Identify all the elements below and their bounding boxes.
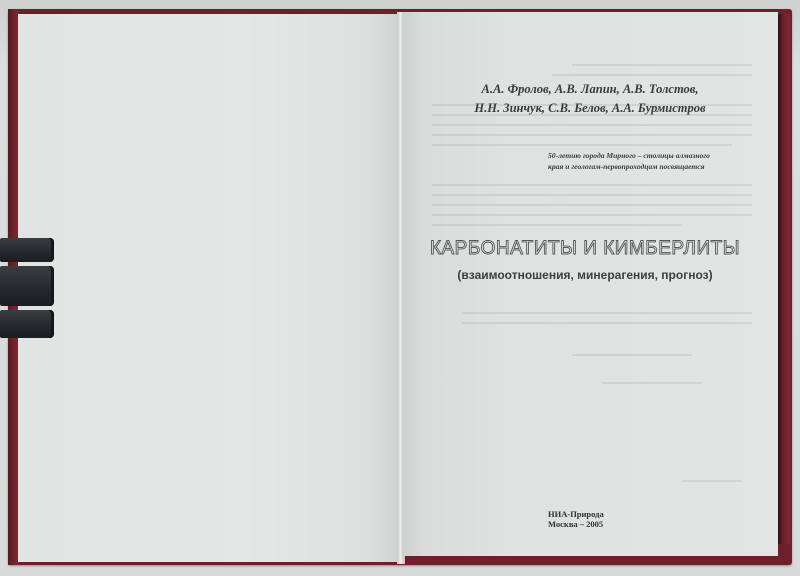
show-through-line (572, 354, 692, 356)
clip-plate (0, 310, 54, 338)
show-through-line (572, 64, 752, 66)
book-subtitle: (взаимоотношения, минерагения, прогноз) (420, 268, 750, 282)
show-through-line (432, 134, 752, 136)
show-through-line (432, 204, 752, 206)
clip-plate (0, 238, 54, 262)
show-through-line (432, 184, 752, 186)
cover-right-edge (778, 14, 790, 544)
publisher-block: НИА-Природа Москва – 2005 (548, 509, 628, 529)
authors-line-2: Н.Н. Зинчук, С.В. Белов, А.А. Бурмистров (420, 99, 760, 118)
dedication-line-2: края и геологам-первопроходцам посвящает… (548, 161, 752, 172)
show-through-line (432, 124, 752, 126)
show-through-line (432, 214, 752, 216)
publication-city-year: Москва – 2005 (548, 519, 628, 529)
show-through-line (682, 480, 742, 482)
book-title: КАРБОНАТИТЫ И КИМБЕРЛИТЫ (420, 238, 750, 260)
authors-line-1: А.А. Фролов, А.В. Лапин, А.В. Толстов, (420, 80, 760, 99)
show-through-line (432, 144, 732, 146)
left-page-blank (18, 14, 398, 562)
page-clip (0, 238, 56, 340)
show-through-line (552, 74, 752, 76)
authors: А.А. Фролов, А.В. Лапин, А.В. Толстов, Н… (420, 80, 760, 118)
dedication-line-1: 50-летию города Мирного – столицы алмазн… (548, 150, 752, 161)
dedication: 50-летию города Мирного – столицы алмазн… (548, 150, 752, 172)
clip-plate (0, 266, 54, 306)
show-through-line (432, 194, 752, 196)
show-through-line (602, 382, 702, 384)
publisher-name: НИА-Природа (548, 509, 628, 519)
show-through-line (462, 312, 752, 314)
show-through-line (462, 322, 752, 324)
show-through-line (432, 224, 682, 226)
